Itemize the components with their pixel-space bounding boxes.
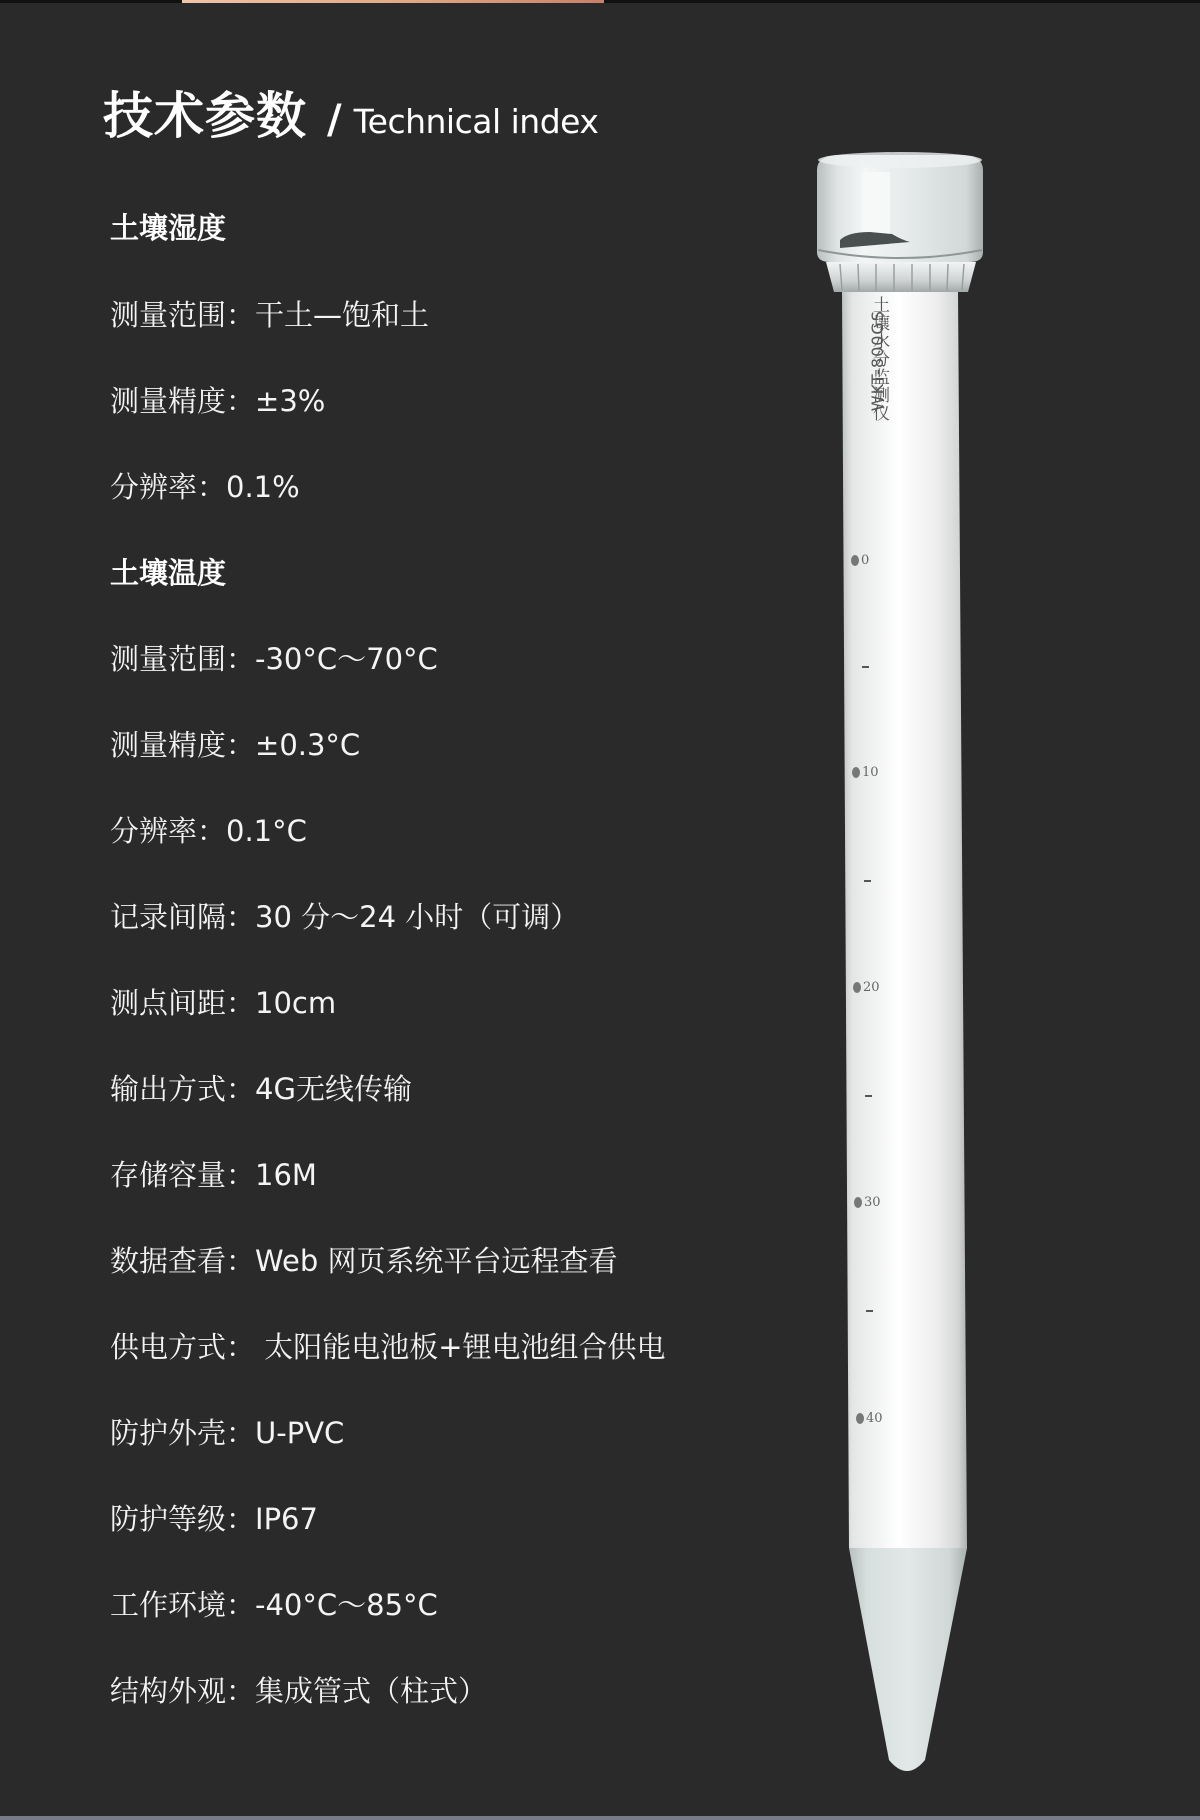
title-english: Technical index [354, 102, 599, 141]
spec-label: 防护等级： [110, 1502, 255, 1536]
spec-label: 测点间距： [110, 986, 255, 1020]
spec-label: 分辨率： [110, 470, 226, 504]
probe-tube [842, 292, 967, 1548]
spec-label: 测量精度： [110, 384, 255, 418]
spec-row: 测量精度：±3% [110, 381, 325, 421]
spec-row: 分辨率：0.1% [110, 467, 300, 507]
scale-mark-40: 40 [856, 1412, 883, 1426]
spec-value: U-PVC [255, 1416, 344, 1450]
spec-row-environment: 工作环境：-40°C～85°C [110, 1585, 438, 1625]
spec-row: 分辨率：0.1°C [110, 811, 307, 851]
spec-value: 0.1% [226, 470, 300, 504]
spec-value: -40°C～85°C [255, 1588, 438, 1622]
title-chinese: 技术参数 [103, 76, 307, 148]
probe-cap-slot [840, 232, 910, 248]
spec-row-data-view: 数据查看：Web 网页系统平台远程查看 [110, 1241, 617, 1281]
spec-row-output: 输出方式：4G无线传输 [110, 1069, 412, 1109]
spec-value: IP67 [255, 1502, 318, 1536]
spec-label: 供电方式： [110, 1330, 255, 1364]
spec-value: 4G无线传输 [255, 1072, 412, 1106]
scale-dot-icon [853, 982, 861, 993]
spec-label: 输出方式： [110, 1072, 255, 1106]
bottom-strip [0, 1816, 1200, 1820]
spec-value: 10cm [255, 986, 336, 1020]
probe-model-number: WKT-800GS [868, 310, 887, 411]
probe-cap-notch [862, 172, 890, 240]
scale-mark-30: 30 [854, 1196, 881, 1210]
scale-dot-icon [854, 1197, 862, 1208]
spec-row-record-interval: 记录间隔：30 分～24 小时（可调） [110, 897, 579, 937]
scale-mark-0: 0 [851, 554, 869, 568]
spec-label: 记录间隔： [110, 900, 255, 934]
spec-value: ±0.3°C [255, 728, 360, 762]
spec-row-power: 供电方式： 太阳能电池板+锂电池组合供电 [110, 1327, 666, 1367]
spec-label: 结构外观： [110, 1674, 255, 1708]
spec-label: 测量精度： [110, 728, 255, 762]
spec-value: 集成管式（柱式） [255, 1674, 487, 1708]
spec-label: 测量范围： [110, 642, 255, 676]
probe-tip [849, 1548, 967, 1771]
section-heading-soil-temperature: 土壤温度 [110, 553, 226, 593]
scale-mark-10: 10 [852, 766, 879, 780]
page-title: 技术参数 / Technical index [103, 76, 598, 140]
spec-value: 太阳能电池板+锂电池组合供电 [255, 1330, 666, 1364]
spec-value: ±3% [255, 384, 325, 418]
spec-row: 测量范围：干土—饱和土 [110, 295, 429, 335]
spec-label: 数据查看： [110, 1244, 255, 1278]
spec-label: 防护外壳： [110, 1416, 255, 1450]
spec-value: 16M [255, 1158, 317, 1192]
spec-row-structure: 结构外观：集成管式（柱式） [110, 1671, 487, 1711]
probe-cap [817, 155, 983, 262]
scale-mark-20: 20 [853, 981, 880, 995]
scale-minor-tick [864, 880, 871, 882]
probe-product-name: 土壤水分监测仪 [868, 296, 890, 422]
spec-label: 工作环境： [110, 1588, 255, 1622]
spec-value: 30 分～24 小时（可调） [255, 900, 579, 934]
scale-dot-icon [851, 555, 859, 566]
spec-value: -30°C～70°C [255, 642, 438, 676]
scale-dot-icon [852, 767, 860, 778]
spec-value: Web 网页系统平台远程查看 [255, 1244, 617, 1278]
top-accent-bar [182, 0, 604, 3]
scale-dot-icon [856, 1413, 864, 1424]
spec-row: 测量范围：-30°C～70°C [110, 639, 438, 679]
spec-label: 测量范围： [110, 298, 255, 332]
section-heading-soil-moisture: 土壤湿度 [110, 208, 226, 248]
scale-minor-tick [866, 1310, 873, 1312]
title-separator: / [327, 97, 342, 143]
spec-row-point-spacing: 测点间距：10cm [110, 983, 336, 1023]
spec-row-storage: 存储容量：16M [110, 1155, 317, 1195]
spec-label: 分辨率： [110, 814, 226, 848]
spec-label: 存储容量： [110, 1158, 255, 1192]
scale-minor-tick [865, 1095, 872, 1097]
spec-row-housing: 防护外壳：U-PVC [110, 1413, 344, 1453]
spec-row-protection-level: 防护等级：IP67 [110, 1499, 318, 1539]
spec-value: 0.1°C [226, 814, 307, 848]
spec-row: 测量精度：±0.3°C [110, 725, 360, 765]
spec-value: 干土—饱和土 [255, 298, 429, 332]
scale-minor-tick [862, 666, 869, 668]
probe-ribbed-ring [826, 262, 976, 292]
